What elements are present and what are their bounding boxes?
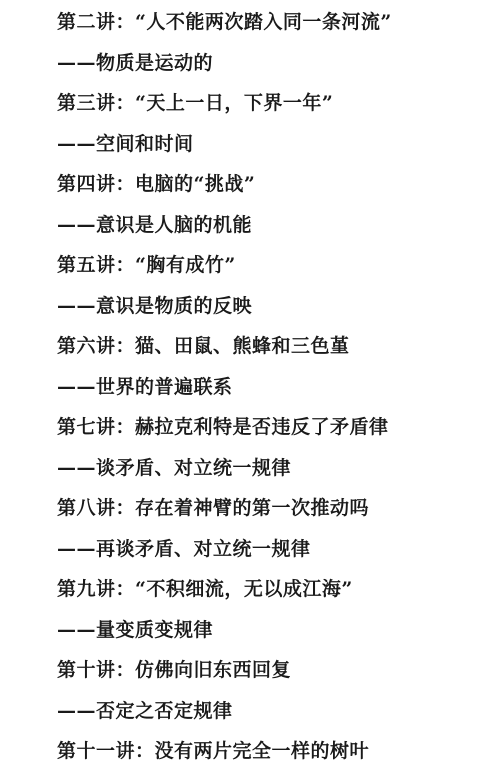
- toc-line-lecture-7-subtitle: ——谈矛盾、对立统一规律: [57, 448, 490, 489]
- toc-line-lecture-9-title: 第九讲：“不积细流，无以成江海”: [57, 569, 490, 610]
- toc-line-lecture-7-title: 第七讲：赫拉克利特是否违反了矛盾律: [57, 407, 490, 448]
- toc-line-lecture-4-subtitle: ——意识是人脑的机能: [57, 205, 490, 246]
- toc-line-lecture-10-subtitle: ——否定之否定规律: [57, 691, 490, 732]
- toc-line-lecture-5-subtitle: ——意识是物质的反映: [57, 286, 490, 327]
- table-of-contents: 第二讲：“人不能两次踏入同一条河流” ——物质是运动的 第三讲：“天上一日，下界…: [57, 2, 490, 772]
- toc-line-lecture-2-subtitle: ——物质是运动的: [57, 43, 490, 84]
- toc-line-lecture-11-title: 第十一讲：没有两片完全一样的树叶: [57, 731, 490, 772]
- toc-line-lecture-9-subtitle: ——量变质变规律: [57, 610, 490, 651]
- document-page: 第二讲：“人不能两次踏入同一条河流” ——物质是运动的 第三讲：“天上一日，下界…: [0, 0, 500, 774]
- toc-line-lecture-8-title: 第八讲：存在着神臂的第一次推动吗: [57, 488, 490, 529]
- toc-line-lecture-4-title: 第四讲：电脑的“挑战”: [57, 164, 490, 205]
- toc-line-lecture-5-title: 第五讲：“胸有成竹”: [57, 245, 490, 286]
- toc-line-lecture-3-title: 第三讲：“天上一日，下界一年”: [57, 83, 490, 124]
- toc-line-lecture-6-title: 第六讲：猫、田鼠、熊蜂和三色堇: [57, 326, 490, 367]
- toc-line-lecture-10-title: 第十讲：仿佛向旧东西回复: [57, 650, 490, 691]
- toc-line-lecture-2-title: 第二讲：“人不能两次踏入同一条河流”: [57, 2, 490, 43]
- toc-line-lecture-8-subtitle: ——再谈矛盾、对立统一规律: [57, 529, 490, 570]
- toc-line-lecture-3-subtitle: ——空间和时间: [57, 124, 490, 165]
- toc-line-lecture-6-subtitle: ——世界的普遍联系: [57, 367, 490, 408]
